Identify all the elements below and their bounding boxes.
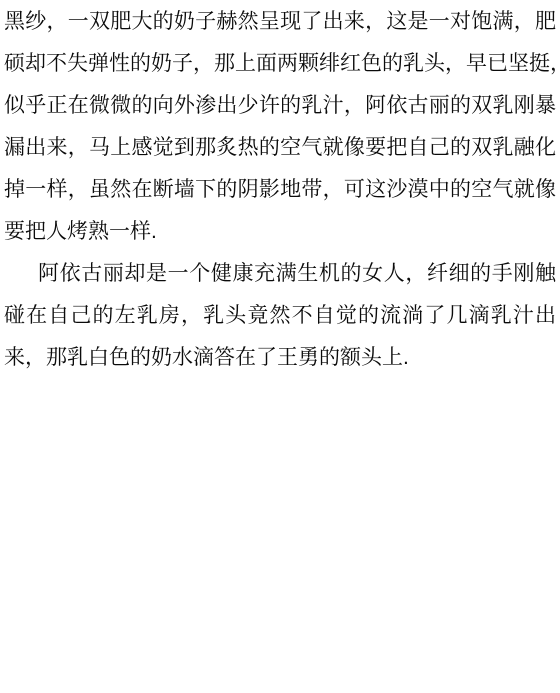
text-line: 来，那乳白色的奶水滴答在了王勇的额头上. bbox=[4, 337, 556, 379]
text-line: 掉一样，虽然在断墙下的阴影地带，可这沙漠中的空气就像 bbox=[4, 169, 556, 211]
text-line: 碰在自己的左乳房，乳头竟然不自觉的流淌了几滴乳汁出 bbox=[4, 295, 556, 337]
document-page: 黑纱，一双肥大的奶子赫然呈现了出来，这是一对饱满，肥硕却不失弹性的奶子，那上面两… bbox=[0, 0, 560, 693]
text-line: 似乎正在微微的向外渗出少许的乳汁，阿依古丽的双乳刚暴 bbox=[4, 85, 556, 127]
text-line: 漏出来，马上感觉到那炙热的空气就像要把自己的双乳融化 bbox=[4, 127, 556, 169]
text-line: 要把人烤熟一样. bbox=[4, 211, 556, 253]
body-text: 黑纱，一双肥大的奶子赫然呈现了出来，这是一对饱满，肥硕却不失弹性的奶子，那上面两… bbox=[4, 1, 556, 379]
text-line: 阿依古丽却是一个健康充满生机的女人，纤细的手刚触 bbox=[4, 253, 556, 295]
text-line: 硕却不失弹性的奶子，那上面两颗绯红色的乳头，早已坚挺， bbox=[4, 43, 556, 85]
text-line: 黑纱，一双肥大的奶子赫然呈现了出来，这是一对饱满，肥 bbox=[4, 1, 556, 43]
